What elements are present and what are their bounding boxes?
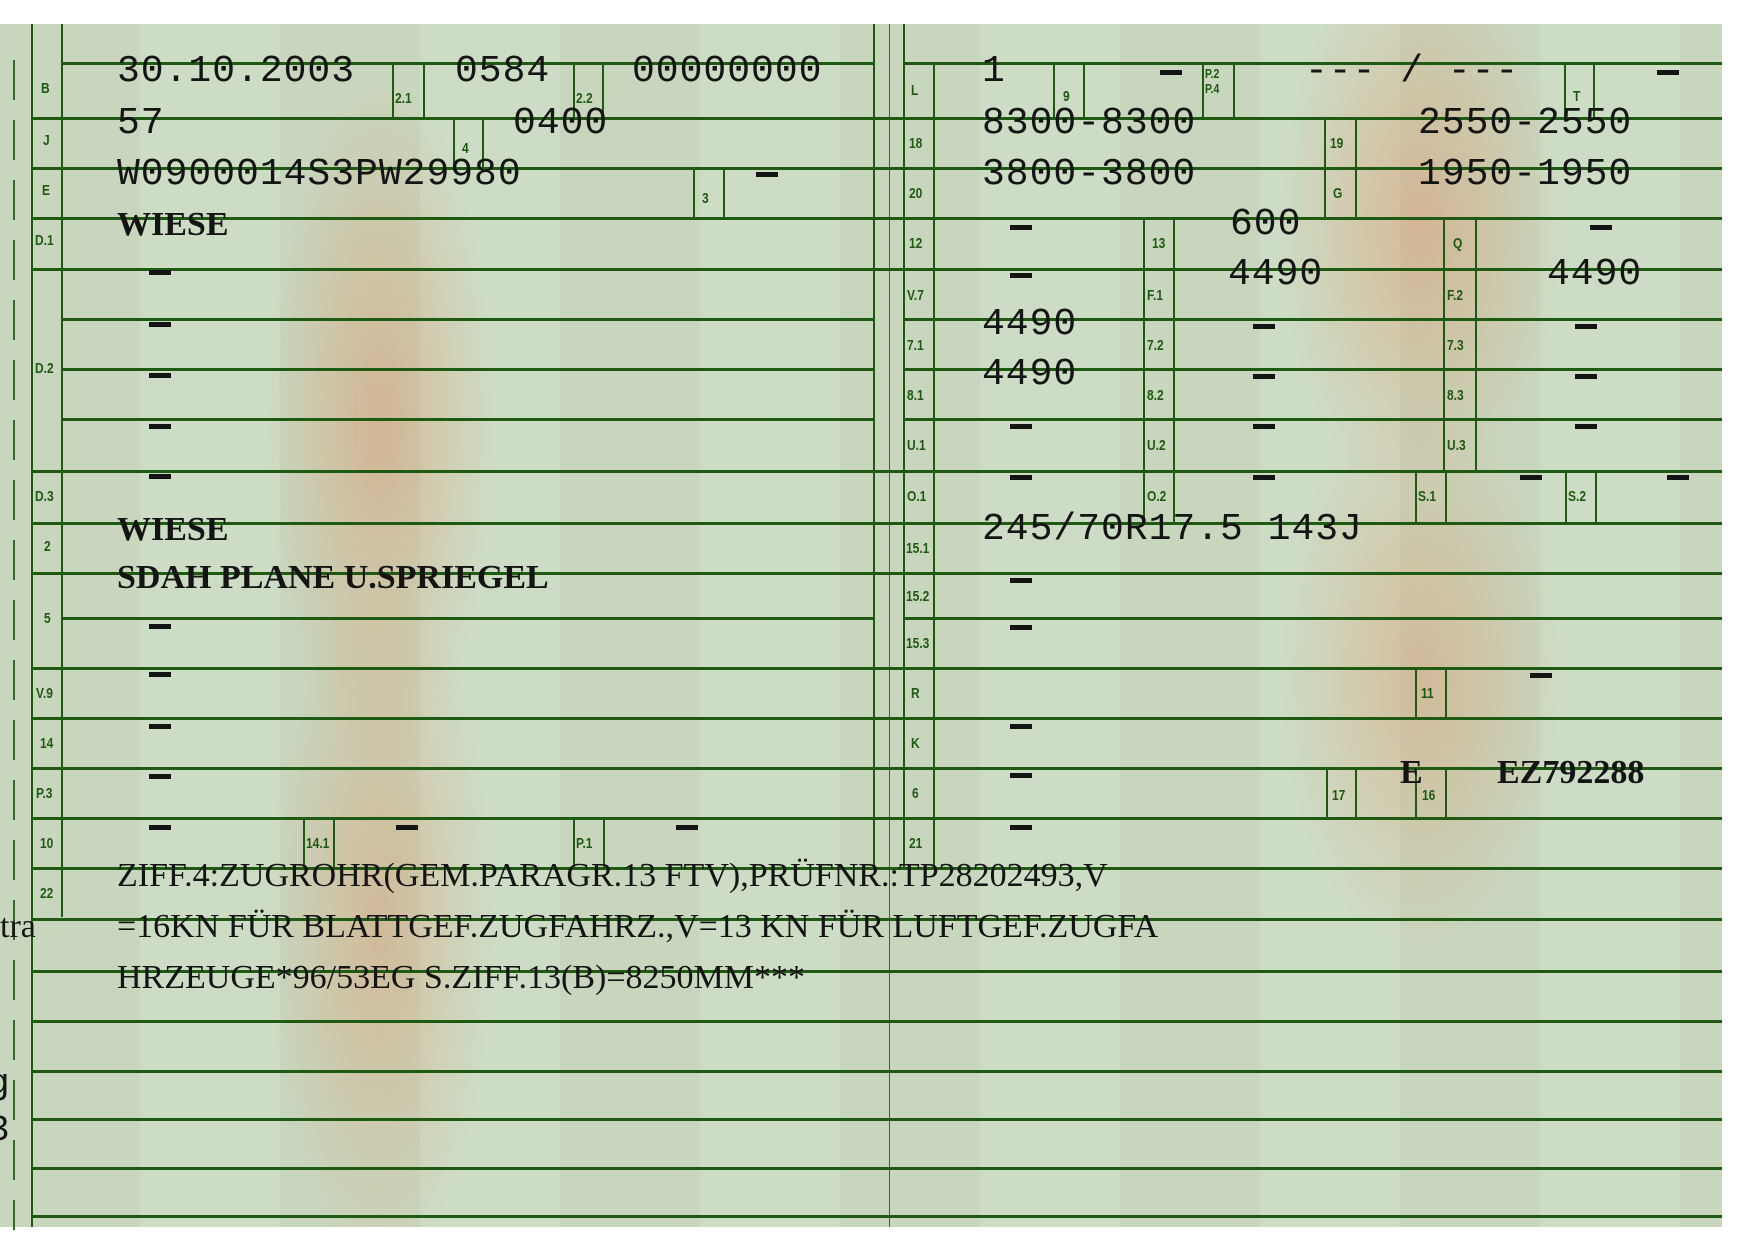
row-line: [61, 617, 873, 620]
value-9-dash: [1160, 70, 1182, 75]
cell-divider: [1355, 117, 1357, 217]
cell-divider: [1324, 117, 1326, 217]
value-7.2-dash: [1253, 324, 1275, 329]
field-label-Q: Q: [1453, 235, 1462, 252]
value-F2: 4490: [1547, 255, 1642, 295]
value-E-vin: W0900014S3PW29980: [117, 155, 522, 195]
cell-divider: [1445, 767, 1447, 817]
value-O1-dash: [1010, 475, 1032, 480]
cell-divider: [423, 62, 425, 117]
remarks-line-2: =16KN FÜR BLATTGEF.ZUGFAHRZ.,V=13 KN FÜR…: [117, 909, 1158, 945]
value-6-dash: [1010, 773, 1032, 778]
field-label-D3: D.3: [35, 488, 54, 505]
field-label-F1: F.1: [1147, 287, 1163, 304]
value-U3-dash: [1575, 424, 1597, 429]
edge-dash-marks: [13, 60, 15, 1230]
value-P2-P4: --- / ---: [1305, 52, 1519, 92]
field-label-G: G: [1333, 185, 1342, 202]
row-line: [31, 522, 1722, 525]
field-label-S2: S.2: [1568, 488, 1586, 505]
cell-divider: [1445, 470, 1447, 522]
row-line: [31, 217, 1722, 220]
value-8.2-dash: [1253, 374, 1275, 379]
field-label-U2: U.2: [1147, 437, 1166, 454]
value-5-type: SDAH PLANE U.SPRIEGEL: [117, 560, 549, 596]
field-label-12: 12: [909, 235, 922, 252]
field-label-P2-P4: P.2 P.4: [1205, 66, 1226, 96]
cell-divider: [1415, 470, 1417, 522]
field-label-10: 10: [40, 835, 53, 852]
value-8.3-dash: [1575, 374, 1597, 379]
value-B-date: 30.10.2003: [117, 52, 355, 92]
value-14-dash: [149, 724, 171, 729]
value-S2-dash: [1667, 475, 1689, 480]
value-P1-dash: [676, 825, 698, 830]
row-line: [31, 817, 1722, 820]
value-D2-line3: [149, 373, 171, 378]
value-13: 600: [1230, 205, 1301, 245]
value-U2-dash: [1253, 424, 1275, 429]
field-label-17: 17: [1332, 787, 1345, 804]
cell-divider: [693, 167, 695, 217]
left-panel-right-border: [873, 24, 875, 869]
field-label-D1: D.1: [35, 232, 54, 249]
row-line: [31, 1020, 1722, 1023]
value-2-make: WIESE: [117, 512, 229, 548]
field-label-7.3: 7.3: [1447, 337, 1464, 354]
value-D3-dash: [149, 474, 171, 479]
cell-divider: [1475, 217, 1477, 470]
cell-divider: [392, 62, 394, 117]
center-divider: [889, 24, 890, 1227]
row-line: [61, 368, 873, 371]
row-line: [31, 268, 1722, 271]
right-label-divider: [933, 62, 935, 867]
field-label-8.1: 8.1: [907, 387, 924, 404]
row-line: [61, 418, 873, 421]
value-15.2-dash: [1010, 578, 1032, 583]
field-label-13: 13: [1152, 235, 1165, 252]
value-2.1: 0584: [455, 52, 550, 92]
edge-glyph-g: g: [0, 1063, 10, 1104]
cell-divider: [1202, 62, 1204, 117]
field-label-U1: U.1: [907, 437, 926, 454]
field-label-7.2: 7.2: [1147, 337, 1164, 354]
value-10-dash: [149, 825, 171, 830]
value-18: 8300-8300: [982, 104, 1196, 144]
value-5-line2: [149, 624, 171, 629]
cell-divider: [1326, 767, 1328, 817]
field-label-19: 19: [1330, 135, 1343, 152]
field-label-22: 22: [40, 885, 53, 902]
row-line: [61, 318, 873, 321]
row-line: [31, 1070, 1722, 1073]
cell-divider: [723, 167, 725, 217]
value-3-dash: [756, 172, 778, 177]
cell-divider: [1143, 217, 1145, 522]
field-label-14: 14: [40, 735, 53, 752]
field-label-F2: F.2: [1447, 287, 1463, 304]
value-O2-dash: [1253, 475, 1275, 480]
row-line: [903, 418, 1722, 421]
row-line: [31, 667, 1722, 670]
row-line: [31, 1118, 1722, 1121]
value-D1: WIESE: [117, 207, 229, 243]
field-label-D2: D.2: [35, 360, 54, 377]
cell-divider: [1595, 470, 1597, 522]
field-label-P1: P.1: [576, 835, 592, 852]
value-D2-line4: [149, 424, 171, 429]
row-line: [31, 470, 1722, 473]
value-F1: 4490: [1228, 255, 1323, 295]
cell-divider: [1173, 217, 1175, 522]
field-label-V7: V.7: [907, 287, 924, 304]
value-K-dash: [1010, 724, 1032, 729]
value-21-dash: [1010, 825, 1032, 830]
remarks-line-1: ZIFF.4:ZUGROHR(GEM.PARAGR.13 FTV),PRÜFNR…: [117, 858, 1108, 894]
cell-divider: [1355, 767, 1357, 817]
value-L: 1: [982, 52, 1006, 92]
field-label-8.2: 8.2: [1147, 387, 1164, 404]
value-16-prefix: E: [1400, 755, 1423, 791]
value-S1-dash: [1520, 475, 1542, 480]
value-20: 3800-3800: [982, 155, 1196, 195]
value-7.3-dash: [1575, 324, 1597, 329]
cell-divider: [1445, 667, 1447, 717]
value-19: 2550-2550: [1418, 104, 1632, 144]
field-label-O2: O.2: [1147, 488, 1166, 505]
field-label-P3: P.3: [36, 785, 52, 802]
value-J: 57: [117, 104, 165, 144]
field-label-21: 21: [909, 835, 922, 852]
row-line: [31, 1215, 1722, 1218]
value-15.1-tires: 245/70R17.5 143J: [982, 510, 1363, 550]
value-Q-dash: [1590, 225, 1612, 230]
remarks-line-3: HRZEUGE*96/53EG S.ZIFF.13(B)=8250MM***: [117, 960, 805, 996]
field-label-11: 11: [1421, 685, 1434, 702]
left-outer-border: [31, 24, 33, 1227]
value-D2-line2: [149, 322, 171, 327]
field-label-L: L: [911, 82, 918, 99]
value-P3-dash: [149, 774, 171, 779]
value-12-dash: [1010, 225, 1032, 230]
value-U1-dash: [1010, 424, 1032, 429]
value-16-number: EZ792288: [1497, 755, 1644, 791]
row-line: [31, 1167, 1722, 1170]
field-label-8.3: 8.3: [1447, 387, 1464, 404]
cell-divider: [1233, 62, 1235, 117]
field-label-O1: O.1: [907, 488, 926, 505]
field-label-14.1: 14.1: [306, 835, 329, 852]
value-D2-line1: [149, 270, 171, 275]
remarks-overflow-prefix: tra: [0, 909, 36, 945]
value-V7-dash: [1010, 273, 1032, 278]
value-15.3-dash: [1010, 625, 1032, 630]
field-label-3: 3: [702, 190, 709, 207]
field-label-E: E: [42, 182, 50, 199]
field-label-B: B: [41, 80, 50, 97]
field-label-S1: S.1: [1418, 488, 1436, 505]
field-label-2.1: 2.1: [395, 90, 412, 107]
value-4: 0400: [513, 104, 608, 144]
field-label-7.1: 7.1: [907, 337, 924, 354]
field-label-J: J: [43, 132, 50, 149]
field-label-20: 20: [909, 185, 922, 202]
field-label-15.1: 15.1: [906, 540, 929, 557]
value-7.1: 4490: [982, 305, 1077, 345]
value-11-dash: [1530, 673, 1552, 678]
cell-divider: [1565, 470, 1567, 522]
field-label-2: 2: [44, 538, 51, 555]
row-line: [31, 717, 1722, 720]
row-line: [31, 767, 1722, 770]
value-2.2: 00000000: [632, 52, 822, 92]
field-label-16: 16: [1422, 787, 1435, 804]
value-V9-dash: [149, 672, 171, 677]
edge-glyph-3: 3: [0, 1110, 10, 1151]
value-G: 1950-1950: [1418, 155, 1632, 195]
field-label-18: 18: [909, 135, 922, 152]
field-label-6: 6: [912, 785, 919, 802]
field-label-15.3: 15.3: [906, 635, 929, 652]
field-label-R: R: [911, 685, 920, 702]
value-8.1: 4490: [982, 355, 1077, 395]
cell-divider: [1443, 217, 1445, 470]
field-label-K: K: [911, 735, 920, 752]
field-label-15.2: 15.2: [906, 588, 929, 605]
value-14.1-dash: [396, 825, 418, 830]
field-label-V9: V.9: [36, 685, 53, 702]
field-label-5: 5: [44, 610, 51, 627]
cell-divider: [1415, 667, 1417, 717]
registration-document: [0, 24, 1722, 1227]
right-panel-left-border: [903, 24, 905, 869]
value-T-dash: [1657, 70, 1679, 75]
row-line: [903, 617, 1722, 620]
field-label-U3: U.3: [1447, 437, 1466, 454]
